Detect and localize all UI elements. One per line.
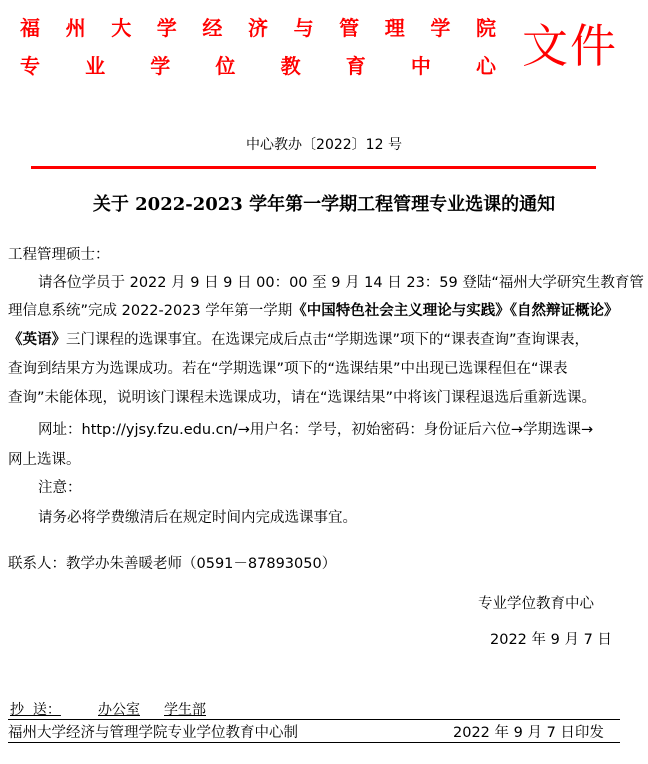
- course-english-bold: 《英语》: [8, 332, 66, 348]
- paragraph-line: 网上选课。: [8, 450, 81, 470]
- website-line: 网址：http://yjsy.fzu.edu.cn/→用户名：学号，初始密码：身…: [38, 420, 593, 440]
- note-label: 注意：: [38, 478, 82, 498]
- header-char: 州: [66, 16, 86, 40]
- document-title: 关于 2022-2023 学年第一学期工程管理专业选课的通知: [0, 193, 648, 217]
- issuer: 福州大学经济与管理学院专业学位教育中心制: [8, 724, 298, 742]
- red-divider: [31, 166, 596, 169]
- salutation: 工程管理硕士：: [8, 245, 110, 265]
- cc-row: 抄 送： 办公室 学生部: [8, 702, 620, 720]
- header-char: 管: [339, 16, 359, 40]
- header-char: 心: [476, 54, 496, 78]
- header-char: 大: [111, 16, 131, 40]
- paragraph-line: 查询到结果方为选课成功。若在“学期选课”项下的“选课结果”中出现已选课程但在“课…: [8, 359, 568, 379]
- header-char: 福: [20, 16, 40, 40]
- header-char: 学: [430, 16, 450, 40]
- header-char: 位: [215, 54, 235, 78]
- cc-recipient: 学生部: [164, 702, 206, 719]
- note-text: 请务必将学费缴清后在规定时间内完成选课事宜。: [38, 508, 357, 528]
- text-span: 理信息系统”完成 2022-2023 学年第一学期: [8, 303, 292, 319]
- header-char: 与: [294, 16, 314, 40]
- signature-date: 2022 年 9 月 7 日: [490, 630, 612, 650]
- header-char: 中: [411, 54, 431, 78]
- paragraph-line: 请各位学员于 2022 月 9 日 9 日 00：00 至 9 月 14 日 2…: [38, 273, 644, 293]
- course-names-bold: 《中国特色社会主义理论与实践》《自然辩证概论》: [292, 303, 618, 319]
- header-char: 理: [385, 16, 405, 40]
- document-number: 中心教办〔2022〕12 号: [0, 136, 648, 154]
- cc-recipient: 办公室: [98, 702, 140, 719]
- header-char: 济: [248, 16, 268, 40]
- header-char: 育: [346, 54, 366, 78]
- header-char: 教: [281, 54, 301, 78]
- paragraph-line: 查询”未能体现，说明该门课程未选课成功，请在“选课结果”中将该门课程退选后重新选…: [8, 388, 596, 408]
- header-char: 经: [202, 16, 222, 40]
- doc-type-label: 文件: [522, 18, 618, 74]
- issue-row: 福州大学经济与管理学院专业学位教育中心制 2022 年 9 月 7 日印发: [8, 724, 620, 743]
- contact-info: 联系人：教学办朱善暖老师（0591－87893050）: [8, 554, 336, 574]
- text-span: 三门课程的选课事宜。在选课完成后点击“学期选课”项下的“课表查询”查询课表，: [66, 332, 589, 348]
- paragraph-line: 《英语》三门课程的选课事宜。在选课完成后点击“学期选课”项下的“课表查询”查询课…: [8, 330, 589, 350]
- org-name-line2: 专 业 学 位 教 育 中 心: [20, 54, 496, 78]
- header-char: 业: [85, 54, 105, 78]
- cc-label: 抄 送：: [10, 702, 61, 719]
- signature-org: 专业学位教育中心: [478, 594, 594, 614]
- header-char: 专: [20, 54, 40, 78]
- paragraph-line: 理信息系统”完成 2022-2023 学年第一学期《中国特色社会主义理论与实践》…: [8, 301, 619, 321]
- issue-date: 2022 年 9 月 7 日印发: [453, 724, 604, 742]
- org-name-line1: 福 州 大 学 经 济 与 管 理 学 院: [20, 16, 496, 40]
- header-char: 学: [150, 54, 170, 78]
- header-char: 学: [157, 16, 177, 40]
- header-char: 院: [476, 16, 496, 40]
